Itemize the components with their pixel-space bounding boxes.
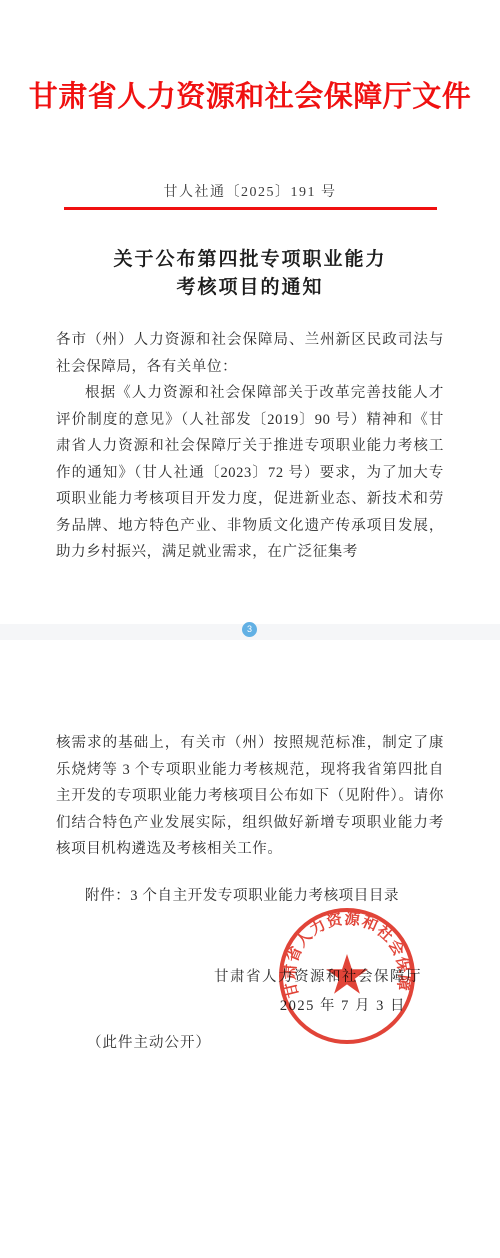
issuing-authority: 甘肃省人力资源和社会保障厅 xyxy=(214,965,422,986)
body-paragraph-continuation: 核需求的基础上，有关市（州）按照规范标准，制定了康乐烧烤等 3 个专项职业能力考… xyxy=(56,730,444,863)
body-text-page2: 核需求的基础上，有关市（州）按照规范标准，制定了康乐烧烤等 3 个专项职业能力考… xyxy=(56,730,444,863)
masthead-divider xyxy=(64,207,437,210)
issue-date: 2025 年 7 月 3 日 xyxy=(280,994,406,1015)
document-title: 关于公布第四批专项职业能力 考核项目的通知 xyxy=(0,246,500,302)
agency-masthead: 甘肃省人力资源和社会保障厅文件 xyxy=(0,74,500,115)
attachment-line: 附件：3 个自主开发专项职业能力考核项目目录 xyxy=(56,884,444,905)
document-viewer: 甘肃省人力资源和社会保障厅文件 甘人社通〔2025〕191 号 关于公布第四批专… xyxy=(0,0,500,1258)
document-title-line2: 考核项目的通知 xyxy=(0,274,500,302)
page-number-badge: 3 xyxy=(242,622,257,637)
addressee-line: 各市（州）人力资源和社会保障局、兰州新区民政司法与社会保障局，各有关单位： xyxy=(56,327,444,380)
document-number: 甘人社通〔2025〕191 号 xyxy=(0,181,500,201)
body-paragraph: 根据《人力资源和社会保障部关于改革完善技能人才评价制度的意见》（人社部发〔201… xyxy=(56,380,444,566)
document-title-line1: 关于公布第四批专项职业能力 xyxy=(0,246,500,274)
disclosure-note: （此件主动公开） xyxy=(87,1031,211,1052)
body-text-page1: 各市（州）人力资源和社会保障局、兰州新区民政司法与社会保障局，各有关单位： 根据… xyxy=(56,327,444,566)
